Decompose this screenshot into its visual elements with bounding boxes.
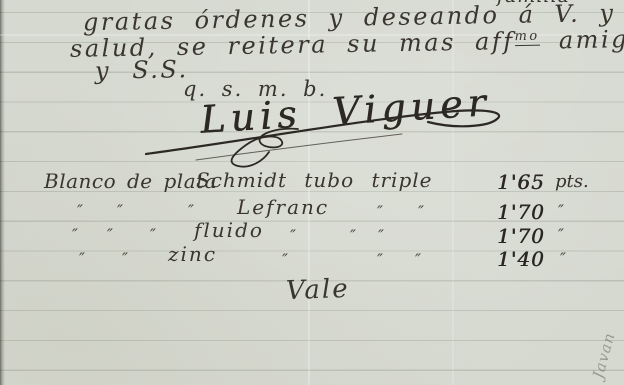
ditto-mark: ″ (290, 227, 296, 245)
price-brand: fluido (194, 219, 264, 242)
price-unit: pts. (555, 172, 589, 193)
price-brand-format: Schmidt tubo triple (196, 169, 433, 192)
ditto-mark: ″ (418, 203, 424, 221)
ditto-mark: ″ (77, 202, 83, 220)
ditto-mark: ″ (72, 226, 78, 244)
ditto-mark: ″ (558, 226, 564, 244)
ditto-mark: ″ (558, 202, 564, 220)
document-page: familia gratas órdenes y deseando á V. y… (0, 0, 624, 385)
ditto-mark: ″ (150, 226, 156, 244)
footer-vale: Vale (285, 275, 350, 307)
price-value: 1'70 (497, 201, 545, 224)
price-value: 1'40 (497, 248, 545, 271)
ditto-mark: ″ (378, 227, 384, 245)
ditto-mark: ″ (79, 250, 85, 268)
ditto-mark: ″ (415, 251, 421, 269)
closing-line-3: y S.S. (95, 56, 189, 85)
vertical-fold-crease (452, 0, 454, 385)
ditto-mark: ″ (282, 251, 288, 269)
price-value: 1'70 (497, 225, 545, 248)
ditto-mark: ″ (117, 202, 123, 220)
price-brand: Lefranc (237, 196, 329, 219)
ditto-mark: ″ (122, 250, 128, 268)
ditto-mark: ″ (377, 251, 383, 269)
price-item: Blanco de plata (44, 170, 217, 193)
ditto-mark: ″ (560, 250, 566, 268)
closing-line-2-end: amig (539, 25, 624, 55)
price-value: 1'65 (497, 171, 545, 194)
margin-pencil-note: Javan (590, 331, 619, 381)
ditto-mark: ″ (350, 227, 356, 245)
price-brand: zinc (168, 243, 217, 266)
ditto-mark: ″ (377, 203, 383, 221)
superscript-abbreviation: mo (514, 29, 539, 46)
ditto-mark: ″ (107, 226, 113, 244)
